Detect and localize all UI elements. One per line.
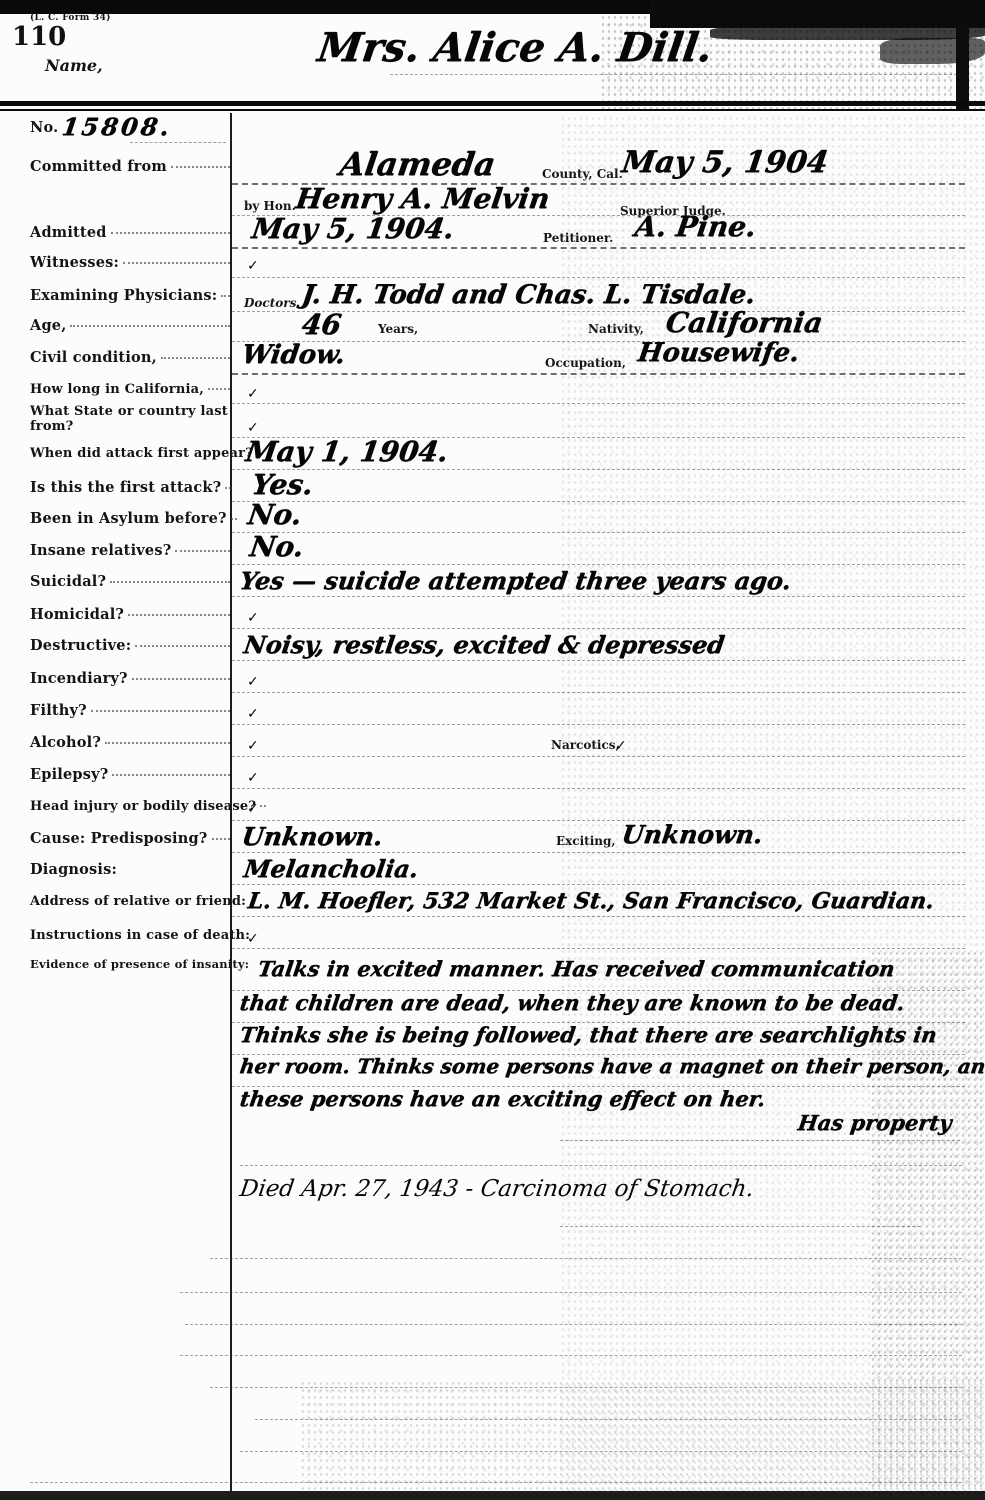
dotted-leader (91, 710, 230, 712)
page-number: 110 (12, 22, 66, 52)
occupation-label: Occupation, (545, 356, 626, 370)
field-committed-from-label: Committed from (30, 159, 167, 176)
rule-blank-10 (30, 1482, 962, 1483)
asylum-commitment-record-page: (L. C. Form 34) 110 Name, Mrs. Alice A. … (0, 0, 985, 1500)
field-witnesses: Witnesses: (30, 255, 230, 272)
field-alcohol-label: Alcohol? (30, 735, 101, 752)
dotted-leader (123, 262, 230, 264)
rule-cause (232, 852, 965, 853)
header-divider-thick (0, 101, 985, 106)
death-note: Died Apr. 27, 1943 - Carcinoma of Stomac… (238, 1176, 755, 1202)
dotted-leader (260, 805, 266, 807)
field-attack-first-appear: When did attack first appear? (30, 447, 230, 462)
nativity-label: Nativity, (588, 322, 644, 336)
dotted-leader (161, 357, 230, 359)
field-first-attack: Is this the first attack? (30, 480, 230, 497)
evidence-line-3: Thinks she is being followed, that there… (238, 1022, 938, 1047)
rule-address (232, 916, 965, 917)
witnesses-checkmark: ✓ (247, 258, 259, 274)
name-label: Name, (45, 56, 103, 75)
field-address-relative: Address of relative or friend: (30, 895, 230, 910)
scan-smudge-top-right-3 (880, 38, 985, 64)
field-admitted-label: Admitted (30, 225, 107, 242)
judge-name-value: Henry A. Melvin (294, 182, 552, 215)
committed-from-county-value: Alameda (337, 145, 497, 183)
head-injury-checkmark: ✓ (247, 801, 259, 817)
rule-witnesses (232, 277, 965, 278)
committed-date-value: May 5, 1904 (620, 145, 831, 180)
field-state-last-from: What State or country last from? (30, 405, 230, 435)
epilepsy-checkmark: ✓ (247, 770, 259, 786)
evidence-line-4: her room. Thinks some persons have a mag… (238, 1054, 985, 1078)
rule-incendiary (232, 692, 965, 693)
field-attack-first-label: When did attack first appear? (30, 447, 253, 462)
evidence-line-5: these persons have an exciting effect on… (238, 1086, 767, 1111)
field-no-value: 15808. (60, 112, 174, 141)
field-asylum-before: Been in Asylum before? (30, 511, 230, 528)
field-diagnosis: Diagnosis: (30, 862, 230, 879)
civil-condition-value: Widow. (240, 340, 347, 370)
field-evidence-label: Evidence of presence of insanity: (30, 958, 249, 971)
nativity-value: California (664, 306, 825, 339)
how-long-checkmark: ✓ (247, 386, 259, 402)
dotted-leader (112, 774, 230, 776)
address-relative-value: L. M. Hoefler, 532 Market St., San Franc… (246, 888, 935, 914)
alcohol-checkmark: ✓ (247, 738, 259, 754)
field-witnesses-label: Witnesses: (30, 255, 119, 272)
field-homicidal-label: Homicidal? (30, 607, 124, 624)
field-examining-label: Examining Physicians: (30, 288, 217, 305)
dotted-leader (111, 232, 230, 234)
name-underline (390, 74, 962, 75)
dotted-leader (221, 295, 230, 297)
rule-blank-1 (240, 1165, 962, 1166)
dotted-leader (225, 487, 231, 489)
field-first-attack-label: Is this the first attack? (30, 480, 221, 497)
petitioner-value: A. Pine. (633, 210, 758, 243)
field-cause-label: Cause: Predisposing? (30, 831, 208, 848)
diagnosis-value: Melancholia. (242, 854, 420, 883)
rule-blank-6 (180, 1355, 962, 1356)
rule-head-injury (232, 820, 965, 821)
field-alcohol: Alcohol? (30, 735, 230, 752)
property-note: Has property (796, 1110, 953, 1135)
state-last-checkmark: ✓ (247, 420, 259, 436)
suicidal-value: Yes — suicide attempted three years ago. (238, 566, 793, 595)
field-destructive: Destructive: (30, 638, 230, 655)
field-age: Age, (30, 318, 230, 335)
field-epilepsy-label: Epilepsy? (30, 767, 108, 784)
cause-exciting-value: Unknown. (620, 820, 765, 849)
dotted-leader (208, 388, 230, 390)
filthy-checkmark: ✓ (247, 706, 259, 722)
field-civil-condition: Civil condition, (30, 350, 230, 367)
dotted-leader (212, 838, 230, 840)
dotted-leader (171, 166, 230, 168)
field-examining-physicians: Examining Physicians: (30, 288, 230, 305)
rule-epilepsy (232, 788, 965, 789)
field-insane-relatives-label: Insane relatives? (30, 543, 171, 560)
rule-admitted (232, 247, 965, 249)
rule-insane-relatives (232, 564, 965, 565)
field-destructive-label: Destructive: (30, 638, 131, 655)
dotted-leader (70, 325, 230, 327)
field-committed-from: Committed from (30, 159, 230, 176)
evidence-line-2: that children are dead, when they are kn… (238, 990, 906, 1015)
rule-destructive (232, 660, 965, 661)
doctors-label: Doctors (244, 296, 296, 310)
occupation-value: Housewife. (636, 338, 801, 368)
destructive-value: Noisy, restless, excited & depressed (242, 630, 726, 659)
incendiary-checkmark: ✓ (247, 674, 259, 690)
field-diagnosis-label: Diagnosis: (30, 862, 117, 879)
narcotics-checkmark: ✓ (615, 738, 627, 754)
dotted-leader (110, 581, 230, 583)
field-suicidal: Suicidal? (30, 574, 230, 591)
exciting-label: Exciting, (556, 834, 616, 848)
cause-predisposing-value: Unknown. (240, 822, 385, 851)
field-incendiary: Incendiary? (30, 671, 230, 688)
scan-noise-bottom (300, 1380, 985, 1498)
rule-blank-5 (185, 1324, 962, 1325)
asylum-before-value: No. (246, 498, 304, 531)
field-no-label: No. (30, 120, 58, 137)
rule-attack-first (232, 469, 965, 470)
insane-relatives-value: No. (248, 530, 306, 563)
rule-first-attack (232, 501, 965, 502)
rule-civil (232, 373, 965, 375)
field-civil-label: Civil condition, (30, 350, 157, 367)
patient-name-handwritten: Mrs. Alice A. Dill. (315, 24, 716, 71)
field-admitted: Admitted (30, 225, 230, 242)
petitioner-label: Petitioner. (543, 231, 613, 245)
rule-blank-3 (210, 1258, 962, 1259)
field-filthy-label: Filthy? (30, 703, 87, 720)
rule-diagnosis (232, 884, 965, 885)
field-homicidal: Homicidal? (30, 607, 230, 624)
county-cal-label: County, Cal. (542, 167, 623, 181)
death-instructions-checkmark: ✓ (247, 931, 259, 947)
dotted-leader (135, 645, 230, 647)
years-label: Years, (378, 322, 418, 336)
dotted-leader (231, 518, 237, 520)
rule-property-note (560, 1140, 960, 1141)
field-incendiary-label: Incendiary? (30, 671, 128, 688)
field-evidence: Evidence of presence of insanity: (30, 958, 232, 971)
dotted-leader (128, 614, 230, 616)
field-cause: Cause: Predisposing? (30, 831, 230, 848)
rule-blank-8 (255, 1419, 962, 1420)
field-death-instructions-label: Instructions in case of death: (30, 929, 250, 944)
dotted-leader (105, 742, 230, 744)
rule-filthy (232, 724, 965, 725)
rule-death-instructions (232, 948, 965, 949)
field-state-last-label: What State or country last from? (30, 405, 230, 435)
field-age-label: Age, (30, 318, 66, 335)
rule-blank-7 (210, 1387, 962, 1388)
field-filthy: Filthy? (30, 703, 230, 720)
admitted-date-value: May 5, 1904. (250, 212, 456, 245)
field-head-injury-label: Head injury or bodily disease? (30, 800, 256, 815)
age-value: 46 (300, 308, 344, 341)
rule-no (130, 142, 226, 143)
rule-blank-9 (240, 1451, 962, 1452)
rule-alcohol (232, 756, 965, 757)
field-insane-relatives: Insane relatives? (30, 543, 230, 560)
attack-first-value: May 1, 1904. (244, 435, 450, 468)
header-divider-thin (0, 109, 985, 111)
narcotics-label: Narcotics, (551, 738, 620, 752)
rule-blank-4 (180, 1292, 962, 1293)
scan-edge-bottom (0, 1491, 985, 1500)
dotted-leader (132, 678, 230, 680)
field-epilepsy: Epilepsy? (30, 767, 230, 784)
dotted-leader (175, 550, 230, 552)
evidence-line-1: Talks in excited manner. Has received co… (256, 956, 896, 981)
rule-asylum-before (232, 532, 965, 533)
first-attack-value: Yes. (250, 468, 316, 501)
homicidal-checkmark: ✓ (247, 610, 259, 626)
field-how-long-label: How long in California, (30, 383, 204, 398)
field-address-label: Address of relative or friend: (30, 895, 246, 910)
field-suicidal-label: Suicidal? (30, 574, 106, 591)
field-head-injury: Head injury or bodily disease? (30, 800, 230, 815)
by-hon-label: by Hon. (244, 199, 296, 213)
field-asylum-before-label: Been in Asylum before? (30, 511, 227, 528)
field-how-long-california: How long in California, (30, 383, 230, 398)
scan-bar-right-edge (956, 22, 969, 110)
rule-blank-2 (560, 1226, 920, 1227)
field-death-instructions: Instructions in case of death: (30, 929, 230, 944)
rule-how-long (232, 403, 965, 404)
rule-homicidal (232, 628, 965, 629)
rule-suicidal (232, 596, 965, 597)
